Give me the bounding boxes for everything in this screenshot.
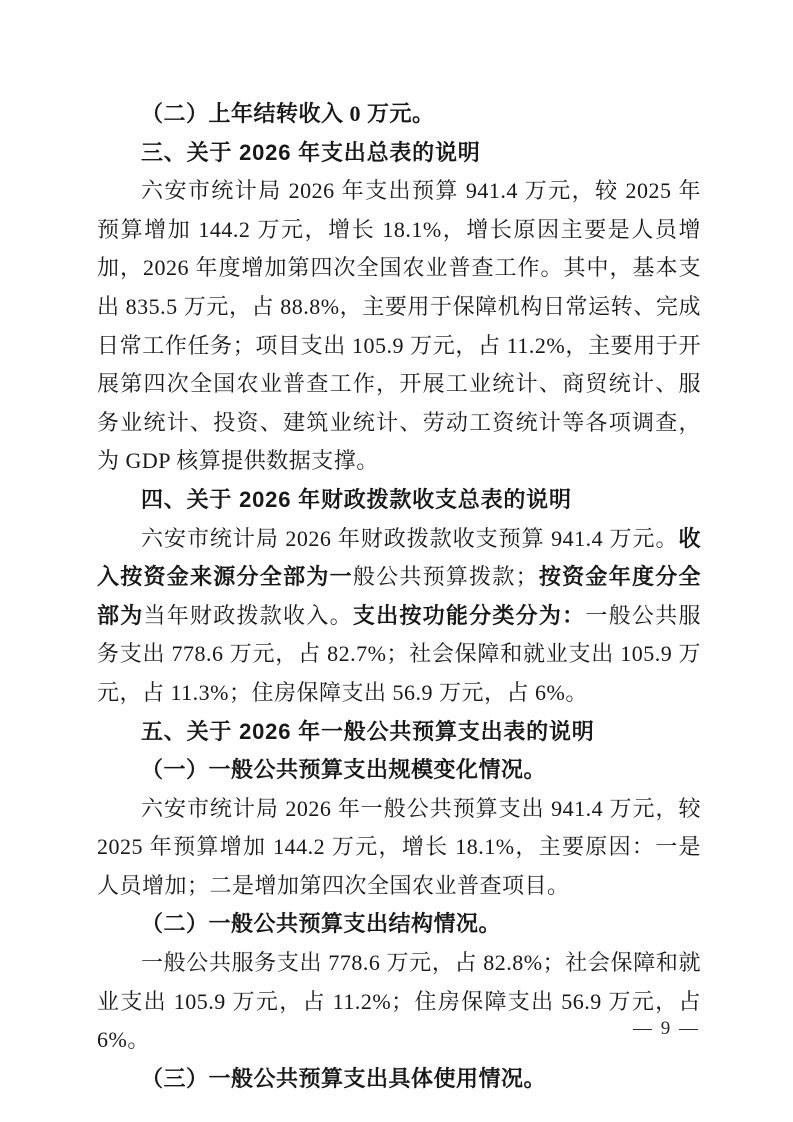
paragraph-sub-heading: （二）一般公共预算支出结构情况。: [97, 905, 701, 944]
paragraph-body: 六安市统计局 2026 年支出预算 941.4 万元，较 2025 年预算增加 …: [97, 172, 701, 481]
text-run: 当年财政拨款收入。: [144, 603, 353, 628]
paragraph-body: 六安市统计局 2026 年财政拨款收支预算 941.4 万元。收入按资金来源分全…: [97, 520, 701, 713]
paragraph-section-heading: 五、关于 2026 年一般公共预算支出表的说明: [97, 713, 701, 752]
text-run: 六安市统计局 2026 年一般公共预算支出 941.4 万元，较 2025 年预…: [97, 796, 701, 898]
document-page: （二）上年结转收入 0 万元。三、关于 2026 年支出总表的说明六安市统计局 …: [0, 0, 793, 1122]
text-run-bold: 支出按功能分类分为：: [353, 603, 586, 628]
text-run: 六安市统计局 2026 年财政拨款收支预算 941.4 万元。: [141, 526, 678, 551]
text-run-bold: 三、关于 2026 年支出总表的说明: [141, 140, 481, 165]
text-run: 六安市统计局 2026 年支出预算 941.4 万元，较 2025 年预算增加 …: [97, 178, 701, 473]
paragraph-sub-heading: （一）一般公共预算支出规模变化情况。: [97, 751, 701, 790]
page-number: — 9 —: [633, 1018, 700, 1040]
paragraph-section-heading: 三、关于 2026 年支出总表的说明: [97, 134, 701, 173]
paragraph-section-heading: 四、关于 2026 年财政拨款收支总表的说明: [97, 481, 701, 520]
text-run-bold: （二）上年结转收入 0 万元。: [141, 101, 435, 126]
paragraph-sub-heading: （二）上年结转收入 0 万元。: [97, 95, 701, 134]
paragraph-body: 一般公共服务支出 778.6 万元，占 82.8%；社会保障和就业支出 105.…: [97, 944, 701, 1060]
paragraph-body: 六安市统计局 2026 年一般公共预算支出 941.4 万元，较 2025 年预…: [97, 790, 701, 906]
text-run-bold: （三）一般公共预算支出具体使用情况。: [141, 1066, 546, 1091]
paragraph-sub-heading: （三）一般公共预算支出具体使用情况。: [97, 1060, 701, 1099]
text-run-bold: （一）一般公共预算支出规模变化情况。: [141, 757, 546, 782]
text-run-bold: 五、关于 2026 年一般公共预算支出表的说明: [141, 719, 595, 744]
text-run: 般公共预算拨款；: [353, 564, 538, 589]
text-run-bold: 四、关于 2026 年财政拨款收支总表的说明: [141, 487, 572, 512]
document-body: （二）上年结转收入 0 万元。三、关于 2026 年支出总表的说明六安市统计局 …: [97, 95, 701, 1098]
text-run-bold: （二）一般公共预算支出结构情况。: [141, 911, 501, 936]
text-run: 一般公共服务支出 778.6 万元，占 82.8%；社会保障和就业支出 105.…: [97, 950, 701, 1052]
